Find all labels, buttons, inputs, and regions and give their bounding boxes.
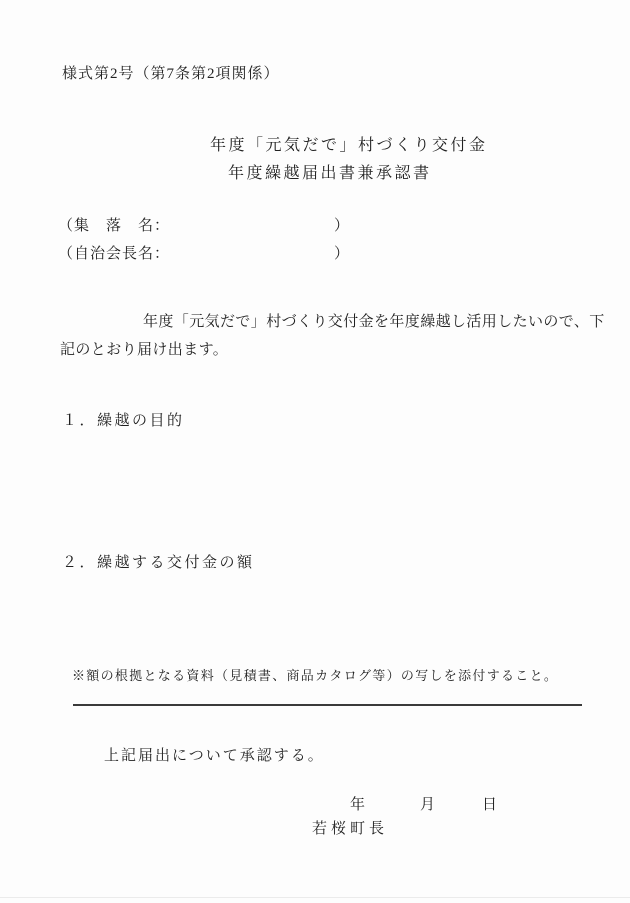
association-chief-close-paren: ） bbox=[334, 246, 350, 263]
document-title-line1: 年度「元気だで」村づくり交付金 bbox=[210, 137, 488, 155]
page-bottom-edge-line bbox=[0, 897, 630, 898]
village-name-close-paren: ） bbox=[334, 218, 350, 235]
document-page: 様式第2号（第7条第2項関係） 年度「元気だで」村づくり交付金 年度繰越届出書兼… bbox=[0, 0, 630, 903]
mayor-signature-label: 若桜町長 bbox=[312, 821, 388, 838]
date-month-label: 月 bbox=[420, 797, 435, 814]
village-name-label: （集 落 名： bbox=[58, 218, 170, 235]
horizontal-rule bbox=[73, 704, 582, 706]
approval-statement: 上記届出について承認する。 bbox=[104, 748, 325, 765]
body-paragraph-line2: 記のとおり届け出ます。 bbox=[60, 342, 228, 359]
association-chief-field: （自治会長名： ） bbox=[58, 246, 350, 263]
association-chief-label: （自治会長名： bbox=[58, 246, 170, 263]
body-paragraph-line1: 年度「元気だで」村づくり交付金を年度繰越し活用したいので、下 bbox=[143, 314, 605, 331]
attachment-note: ※額の根拠となる資料（見積書、商品カタログ等）の写しを添付すること。 bbox=[72, 669, 558, 684]
document-title-line2: 年度繰越届出書兼承認書 bbox=[228, 165, 432, 183]
date-year-label: 年 bbox=[350, 797, 365, 814]
date-line: 年 月 日 bbox=[0, 797, 630, 815]
date-day-label: 日 bbox=[482, 797, 497, 814]
village-name-field: （集 落 名： ） bbox=[58, 218, 350, 235]
section-heading-carryover-purpose: １．繰越の目的 bbox=[62, 413, 185, 430]
section-heading-carryover-amount: ２．繰越する交付金の額 bbox=[62, 555, 255, 572]
form-number: 様式第2号（第7条第2項関係） bbox=[62, 66, 280, 83]
